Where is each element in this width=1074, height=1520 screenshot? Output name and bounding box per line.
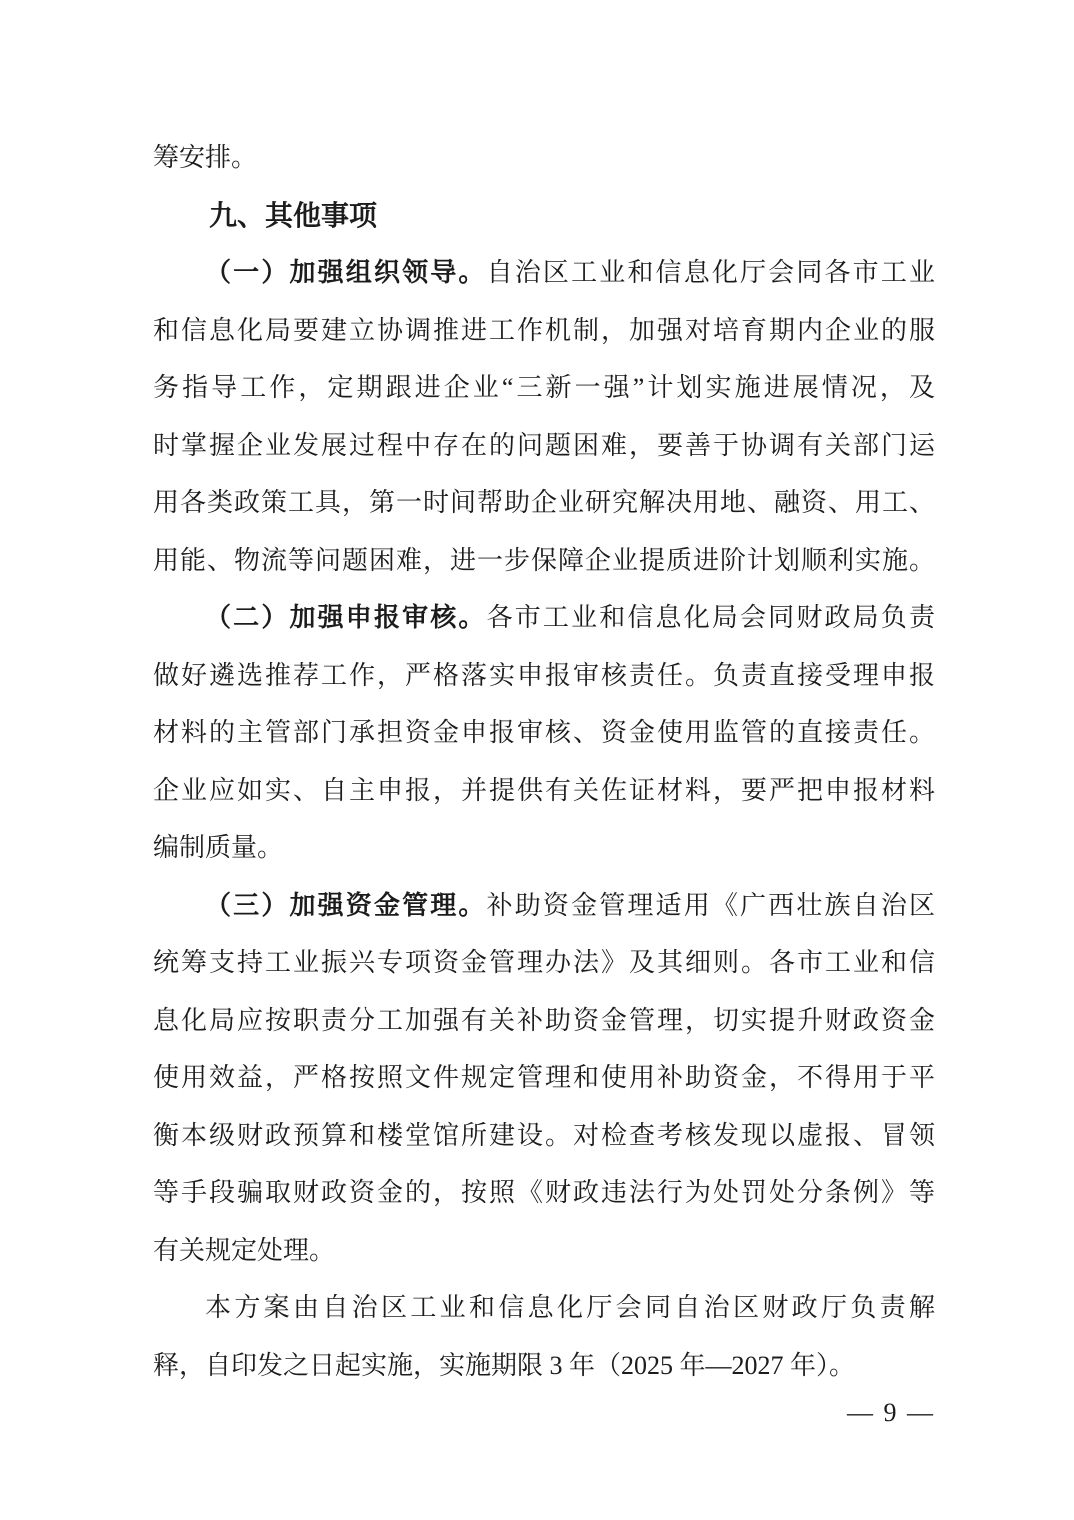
text-segment: 衡本级财政预算和楼堂馆所建设。对检查考核发现以虚报、冒领 <box>153 1121 935 1150</box>
text-segment: 时掌握企业发展过程中存在的问题困难，要善于协调有关部门运 <box>153 431 935 460</box>
text-line: 等手段骗取财政资金的，按照《财政违法行为处罚处分条例》等 <box>153 1164 935 1222</box>
text-line: 材料的主管部门承担资金申报审核、资金使用监管的直接责任。 <box>153 704 935 762</box>
text-segment: 息化局应按职责分工加强有关补助资金管理，切实提升财政资金 <box>153 1006 935 1035</box>
text-segment: 等手段骗取财政资金的，按照《财政违法行为处罚处分条例》等 <box>153 1178 935 1207</box>
text-segment: 九、其他事项 <box>209 200 377 231</box>
text-segment: （二）加强申报审核。 <box>205 603 487 632</box>
text-line: 使用效益，严格按照文件规定管理和使用补助资金，不得用于平 <box>153 1049 935 1107</box>
text-line: （一）加强组织领导。自治区工业和信息化厅会同各市工业 <box>153 244 935 302</box>
text-segment: 编制质量。 <box>153 833 283 862</box>
text-line: （二）加强申报审核。各市工业和信息化局会同财政局负责 <box>153 589 935 647</box>
text-segment: （三）加强资金管理。 <box>205 891 487 920</box>
text-segment: 释，自印发之日起实施，实施期限 3 年（2025 年—2027 年）。 <box>153 1351 855 1380</box>
text-segment: 和信息化局要建立协调推进工作机制，加强对培育期内企业的服 <box>153 316 935 345</box>
text-segment: 本方案由自治区工业和信息化厅会同自治区财政厅负责解 <box>205 1293 935 1322</box>
text-line: 企业应如实、自主申报，并提供有关佐证材料，要严把申报材料 <box>153 762 935 820</box>
text-line: 用各类政策工具，第一时间帮助企业研究解决用地、融资、用工、 <box>153 474 935 532</box>
text-segment: 使用效益，严格按照文件规定管理和使用补助资金，不得用于平 <box>153 1063 935 1092</box>
text-segment: 统筹支持工业振兴专项资金管理办法》及其细则。各市工业和信 <box>153 948 935 977</box>
section-heading: 九、其他事项 <box>153 187 935 245</box>
text-line: 编制质量。 <box>153 819 935 877</box>
text-line: 时掌握企业发展过程中存在的问题困难，要善于协调有关部门运 <box>153 417 935 475</box>
text-segment: 各市工业和信息化局会同财政局负责 <box>487 603 935 632</box>
text-line: 筹安排。 <box>153 129 935 187</box>
text-line: 做好遴选推荐工作，严格落实申报审核责任。负责直接受理申报 <box>153 647 935 705</box>
text-segment: 务指导工作，定期跟进企业“三新一强”计划实施进展情况，及 <box>153 373 935 402</box>
text-line: 有关规定处理。 <box>153 1222 935 1280</box>
text-segment: 做好遴选推荐工作，严格落实申报审核责任。负责直接受理申报 <box>153 661 935 690</box>
text-line: （三）加强资金管理。补助资金管理适用《广西壮族自治区 <box>153 877 935 935</box>
text-segment: 补助资金管理适用《广西壮族自治区 <box>487 891 935 920</box>
text-line: 用能、物流等问题困难，进一步保障企业提质进阶计划顺利实施。 <box>153 532 935 590</box>
text-segment: （一）加强组织领导。 <box>205 258 487 287</box>
text-segment: 用各类政策工具，第一时间帮助企业研究解决用地、融资、用工、 <box>153 488 935 517</box>
text-segment: 筹安排。 <box>153 143 257 172</box>
text-line: 衡本级财政预算和楼堂馆所建设。对检查考核发现以虚报、冒领 <box>153 1107 935 1165</box>
document-page: 筹安排。九、其他事项（一）加强组织领导。自治区工业和信息化厅会同各市工业和信息化… <box>0 0 1074 1520</box>
text-line: 务指导工作，定期跟进企业“三新一强”计划实施进展情况，及 <box>153 359 935 417</box>
text-line: 和信息化局要建立协调推进工作机制，加强对培育期内企业的服 <box>153 302 935 360</box>
text-segment: 自治区工业和信息化厅会同各市工业 <box>487 258 935 287</box>
text-segment: 材料的主管部门承担资金申报审核、资金使用监管的直接责任。 <box>153 718 935 747</box>
text-line: 本方案由自治区工业和信息化厅会同自治区财政厅负责解 <box>153 1279 935 1337</box>
text-segment: 用能、物流等问题困难，进一步保障企业提质进阶计划顺利实施。 <box>153 546 935 575</box>
text-line: 统筹支持工业振兴专项资金管理办法》及其细则。各市工业和信 <box>153 934 935 992</box>
text-line: 息化局应按职责分工加强有关补助资金管理，切实提升财政资金 <box>153 992 935 1050</box>
text-block: 筹安排。九、其他事项（一）加强组织领导。自治区工业和信息化厅会同各市工业和信息化… <box>153 129 935 1394</box>
page-number: — 9 — <box>153 1384 935 1442</box>
text-segment: 有关规定处理。 <box>153 1236 335 1265</box>
text-segment: 企业应如实、自主申报，并提供有关佐证材料，要严把申报材料 <box>153 776 935 805</box>
